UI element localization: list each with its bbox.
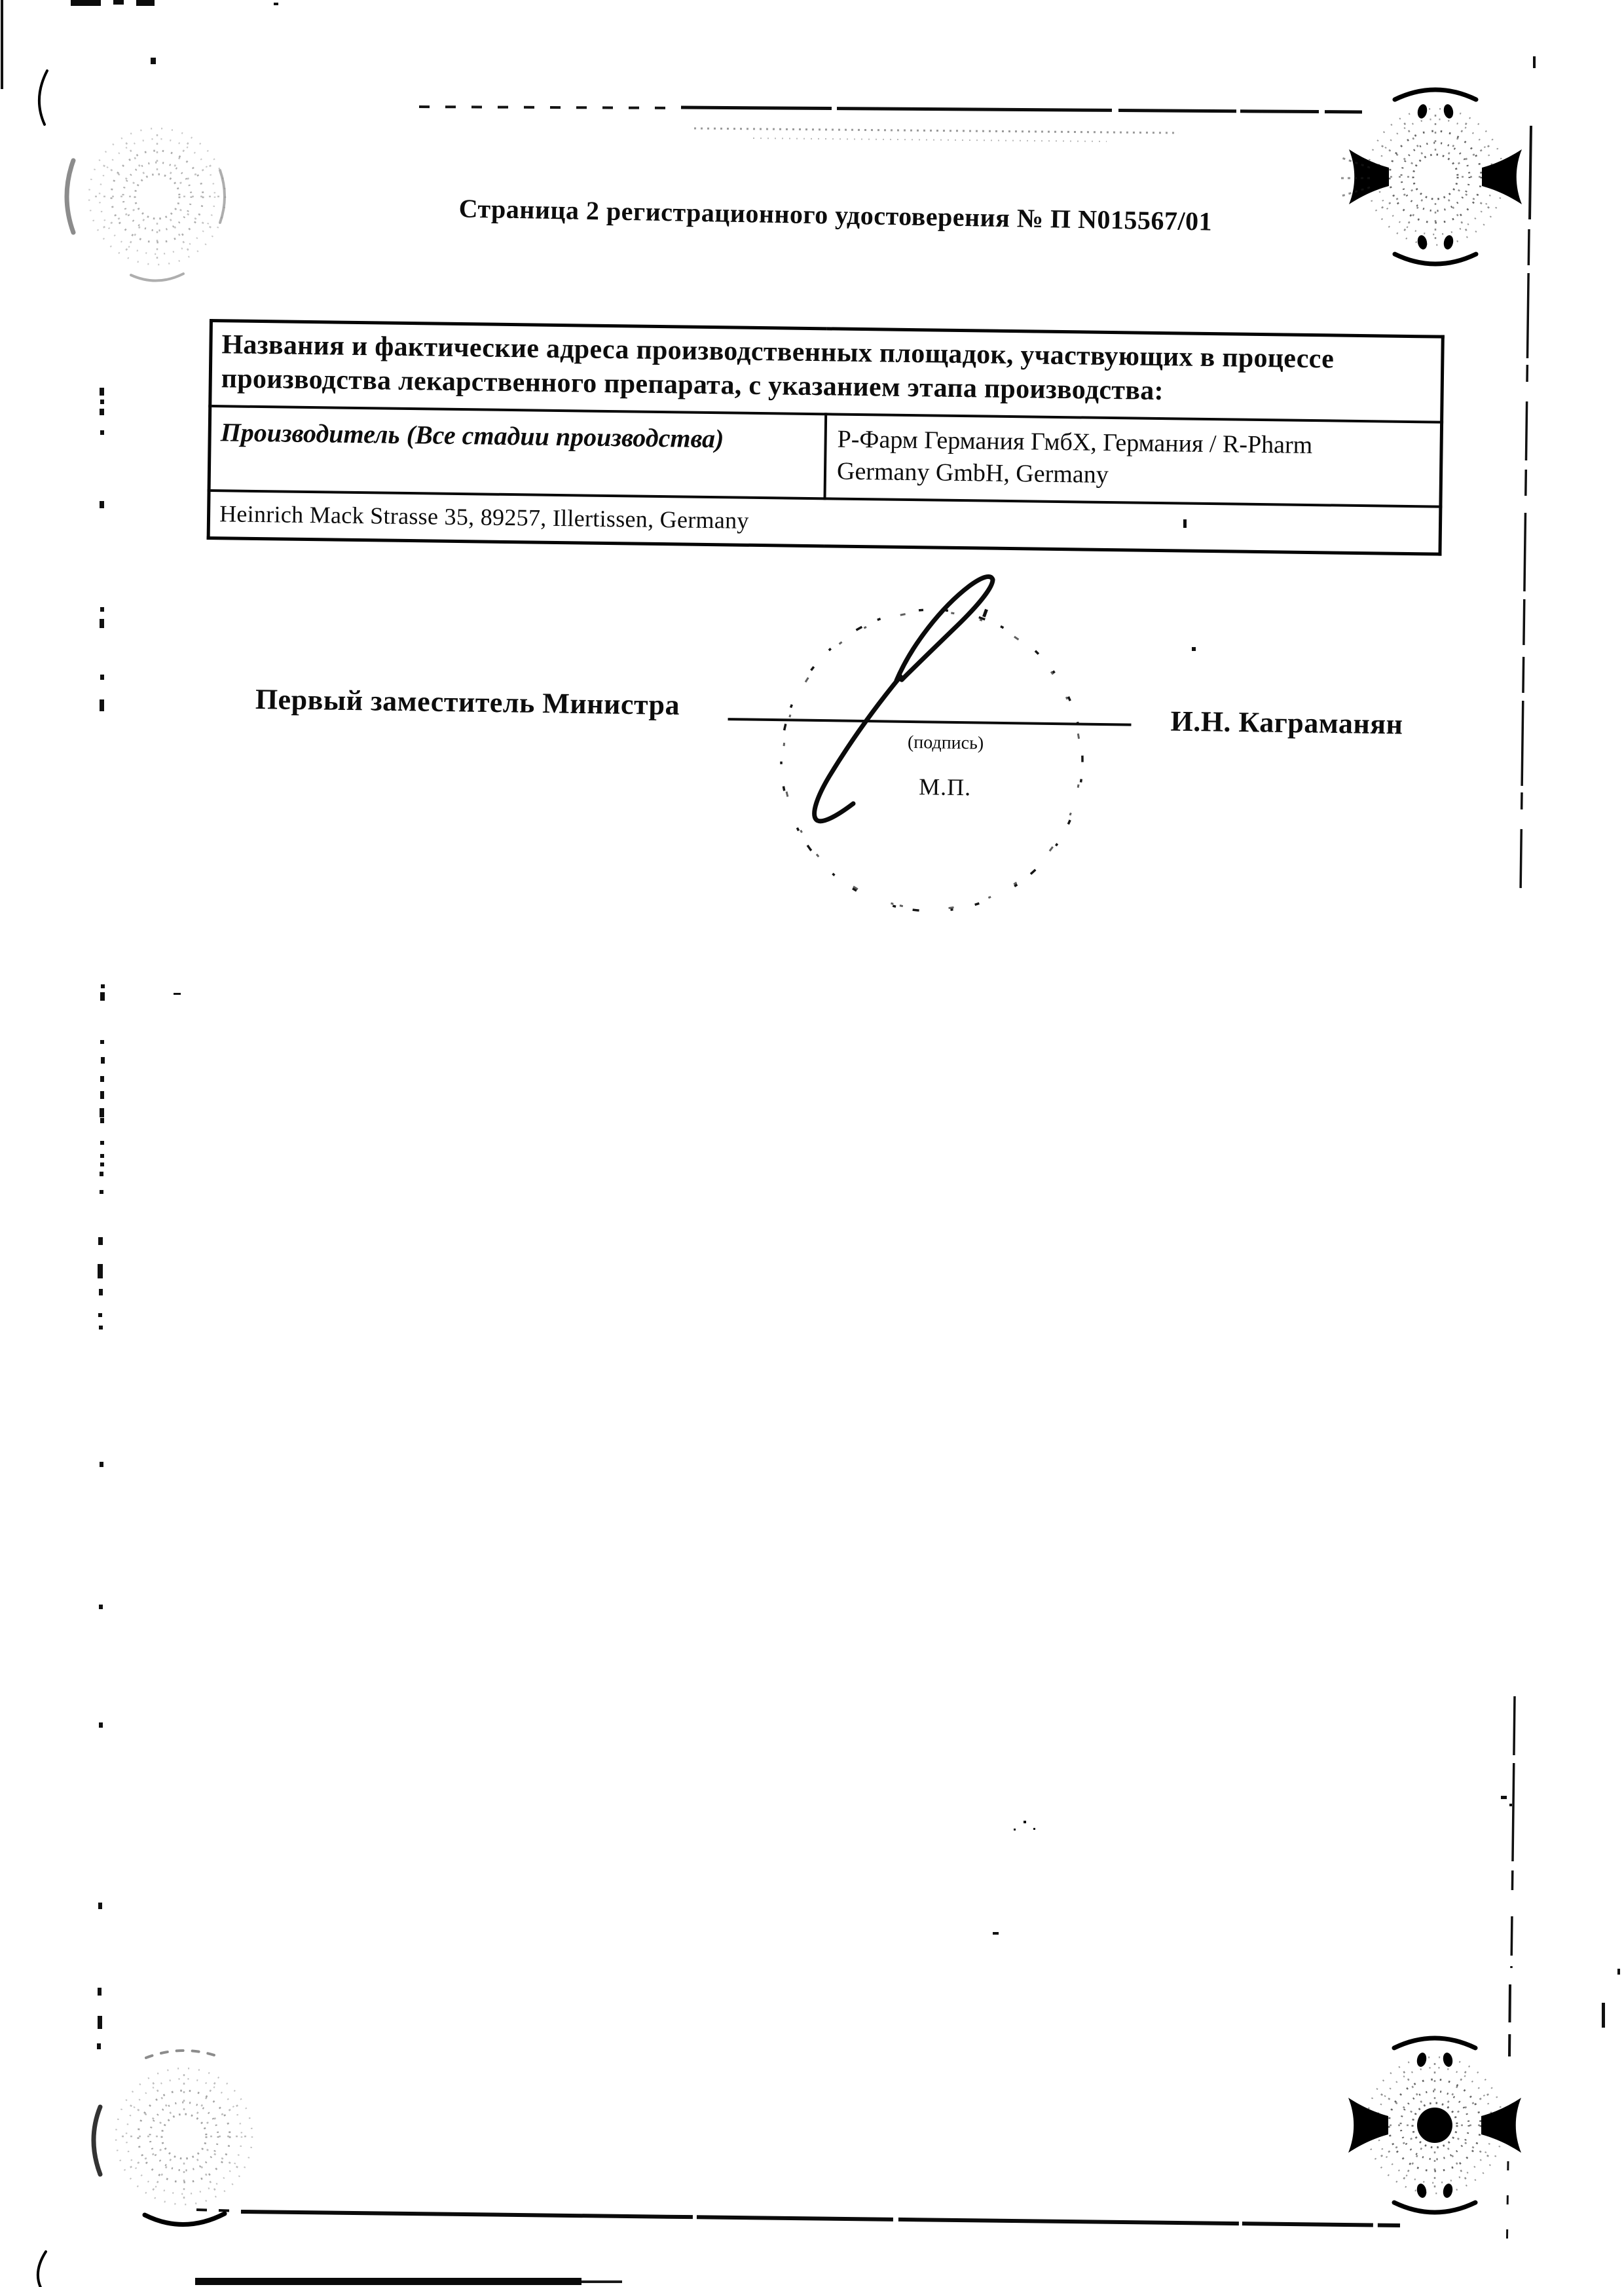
scan-speck bbox=[1192, 647, 1196, 651]
scan-speck bbox=[100, 430, 104, 435]
scan-speck bbox=[274, 3, 278, 5]
scan-speck bbox=[99, 1289, 103, 1295]
scan-speck bbox=[100, 409, 104, 415]
scan-speck bbox=[98, 1237, 103, 1245]
scan-speck bbox=[100, 1141, 104, 1145]
scan-speck bbox=[100, 699, 104, 711]
scan-speck bbox=[99, 1326, 103, 1329]
speck-layer bbox=[0, 0, 1624, 2287]
scan-speck bbox=[98, 2016, 102, 2029]
scan-speck bbox=[1509, 1804, 1512, 1806]
scan-speck bbox=[1533, 56, 1536, 68]
scan-speck bbox=[100, 1462, 103, 1467]
scan-speck bbox=[98, 1264, 103, 1278]
scan-speck bbox=[100, 388, 104, 396]
scan-speck bbox=[100, 1154, 104, 1158]
scan-speck bbox=[100, 1172, 103, 1176]
scan-speck bbox=[100, 619, 104, 628]
scan-speck bbox=[100, 675, 104, 680]
scan-speck bbox=[151, 58, 156, 64]
scan-speck bbox=[98, 1313, 102, 1317]
scan-speck bbox=[97, 2043, 101, 2049]
scan-speck bbox=[100, 501, 104, 508]
scan-speck bbox=[1033, 1828, 1035, 1830]
scan-speck bbox=[100, 1190, 103, 1194]
scan-speck bbox=[1183, 519, 1187, 528]
scan-speck bbox=[100, 1108, 104, 1117]
scan-speck bbox=[1602, 2003, 1605, 2028]
scan-speck bbox=[98, 1988, 101, 1996]
scan-speck bbox=[101, 984, 105, 988]
scan-speck bbox=[174, 993, 181, 995]
scan-speck bbox=[1617, 1969, 1620, 1975]
scan-speck bbox=[100, 607, 104, 612]
scan-speck bbox=[100, 400, 104, 404]
scanned-certificate-page: Страница 2 регистрационного удостоверени… bbox=[0, 0, 1624, 2287]
scan-speck bbox=[100, 1118, 104, 1123]
scan-speck bbox=[100, 1162, 104, 1166]
scan-speck bbox=[99, 1722, 103, 1728]
scan-speck bbox=[1024, 1821, 1026, 1823]
scan-speck bbox=[993, 1932, 999, 1935]
scan-speck bbox=[1014, 1829, 1016, 1831]
scan-speck bbox=[98, 1903, 102, 1909]
scan-speck bbox=[99, 1605, 103, 1609]
scan-speck bbox=[100, 1076, 104, 1082]
scan-speck bbox=[1501, 1796, 1507, 1799]
scan-speck bbox=[100, 1040, 104, 1044]
scan-speck bbox=[100, 992, 105, 1001]
scan-speck bbox=[101, 1057, 105, 1064]
scan-speck bbox=[100, 1091, 104, 1099]
